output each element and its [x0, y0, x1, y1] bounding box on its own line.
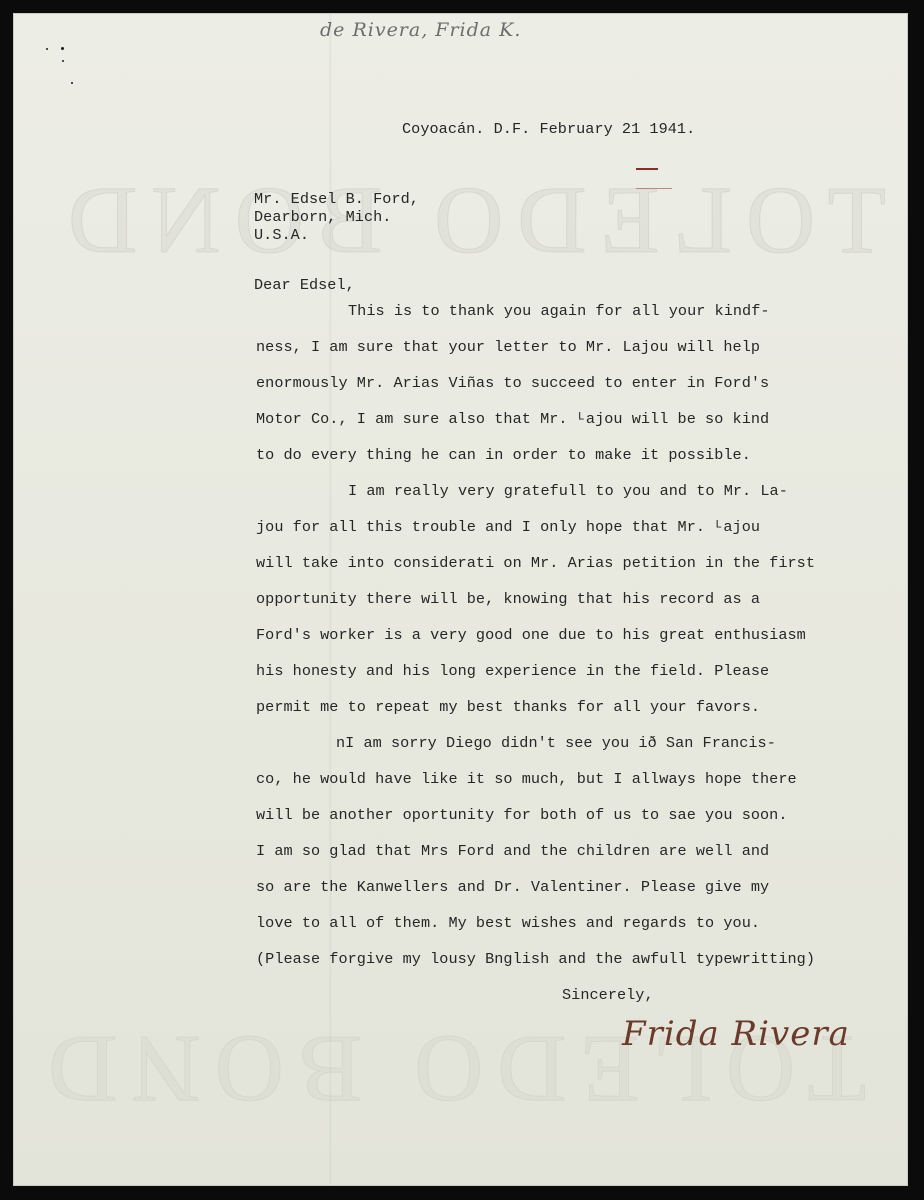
closing: Sincerely,: [562, 988, 654, 1003]
place-date: Coyoacán. D.F. February 21 1941.: [402, 122, 695, 137]
body-line: will be another oportunity for both of u…: [256, 808, 788, 823]
margin-annotation: de Rivera, Frida K.: [320, 19, 521, 41]
body-line: to do every thing he can in order to mak…: [256, 448, 751, 463]
body-line: Ford's worker is a very good one due to …: [256, 628, 806, 643]
letter-page: TOLEDO BOND TOLEDO BOND de Rivera, Frida…: [14, 14, 907, 1185]
body-line: permit me to repeat my best thanks for a…: [256, 700, 760, 715]
body-line: This is to thank you again for all your …: [348, 304, 770, 319]
body-line: opportunity there will be, knowing that …: [256, 592, 760, 607]
body-line: I am so glad that Mrs Ford and the child…: [256, 844, 769, 859]
body-line: ness, I am sure that your letter to Mr. …: [256, 340, 760, 355]
body-line: (Please forgive my lousy Bnglish and the…: [256, 952, 815, 967]
body-line: nI am sorry Diego didn't see you ið San …: [336, 736, 776, 751]
salutation: Dear Edsel,: [254, 278, 355, 293]
body-line: Motor Co., I am sure also that Mr. ᴸajou…: [256, 412, 769, 427]
body-line: jou for all this trouble and I only hope…: [256, 520, 760, 535]
recipient-line: U.S.A.: [254, 228, 309, 243]
body-line: will take into considerati on Mr. Arias …: [256, 556, 815, 571]
body-line: love to all of them. My best wishes and …: [256, 916, 760, 931]
body-line: I am really very gratefull to you and to…: [348, 484, 788, 499]
body-line: so are the Kanwellers and Dr. Valentiner…: [256, 880, 769, 895]
pin-mark: [61, 47, 64, 50]
pin-mark: [62, 60, 64, 62]
ink-mark: [636, 168, 658, 170]
body-line: enormously Mr. Arias Viñas to succeed to…: [256, 376, 769, 391]
body-line: his honesty and his long experience in t…: [256, 664, 769, 679]
pin-mark: [46, 48, 48, 50]
pin-mark: [71, 82, 73, 84]
signature: Frida Rivera: [622, 1014, 850, 1054]
recipient-line: Mr. Edsel B. Ford,: [254, 192, 419, 207]
body-line: co, he would have like it so much, but I…: [256, 772, 797, 787]
recipient-line: Dearborn, Mich.: [254, 210, 391, 225]
ink-mark: [636, 188, 672, 189]
watermark-top: TOLEDO BOND: [54, 164, 886, 275]
